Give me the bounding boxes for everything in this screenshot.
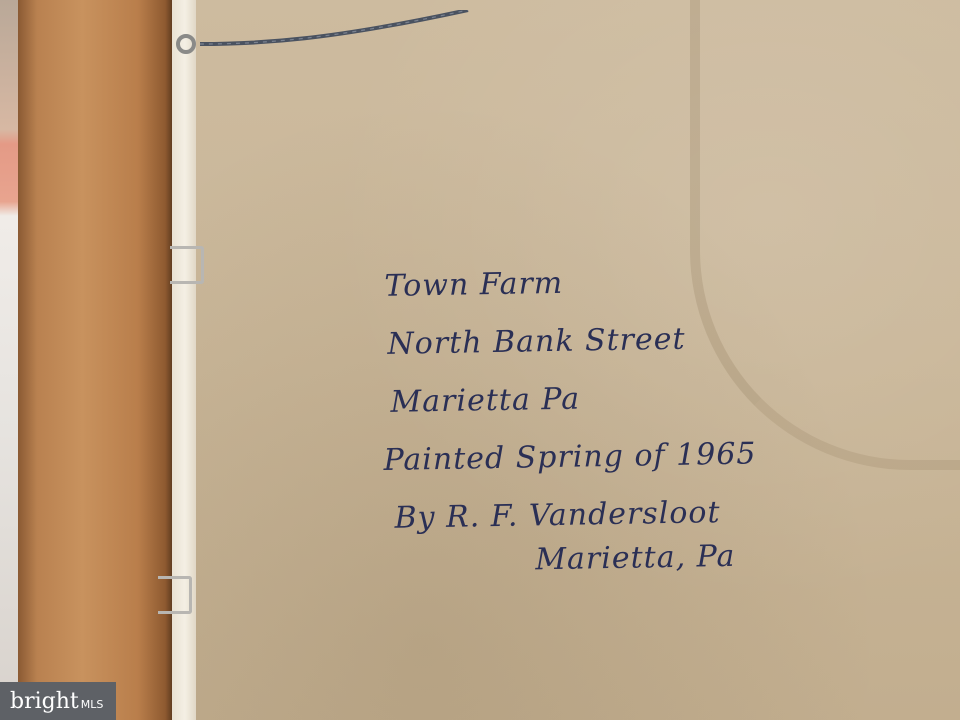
bright-mls-watermark: bright MLS — [0, 682, 116, 720]
hanging-wire — [200, 10, 470, 50]
staple-icon — [158, 576, 192, 614]
inscription-title: Town Farm — [384, 249, 901, 316]
watermark-brand: bright — [10, 689, 79, 714]
inscription-artist-town: Marietta, Pa — [535, 525, 906, 589]
photo-scene: Town Farm North Bank Street Marietta Pa … — [0, 0, 960, 720]
wooden-frame — [18, 0, 178, 720]
inscription-date: Painted Spring of 1965 — [383, 423, 904, 490]
handwritten-inscription: Town Farm North Bank Street Marietta Pa … — [380, 249, 906, 592]
inscription-street: North Bank Street — [387, 307, 902, 374]
screw-eye-icon — [176, 34, 196, 54]
watermark-suffix: MLS — [81, 698, 104, 711]
staple-icon — [170, 246, 204, 284]
inscription-town: Marietta Pa — [390, 365, 903, 432]
